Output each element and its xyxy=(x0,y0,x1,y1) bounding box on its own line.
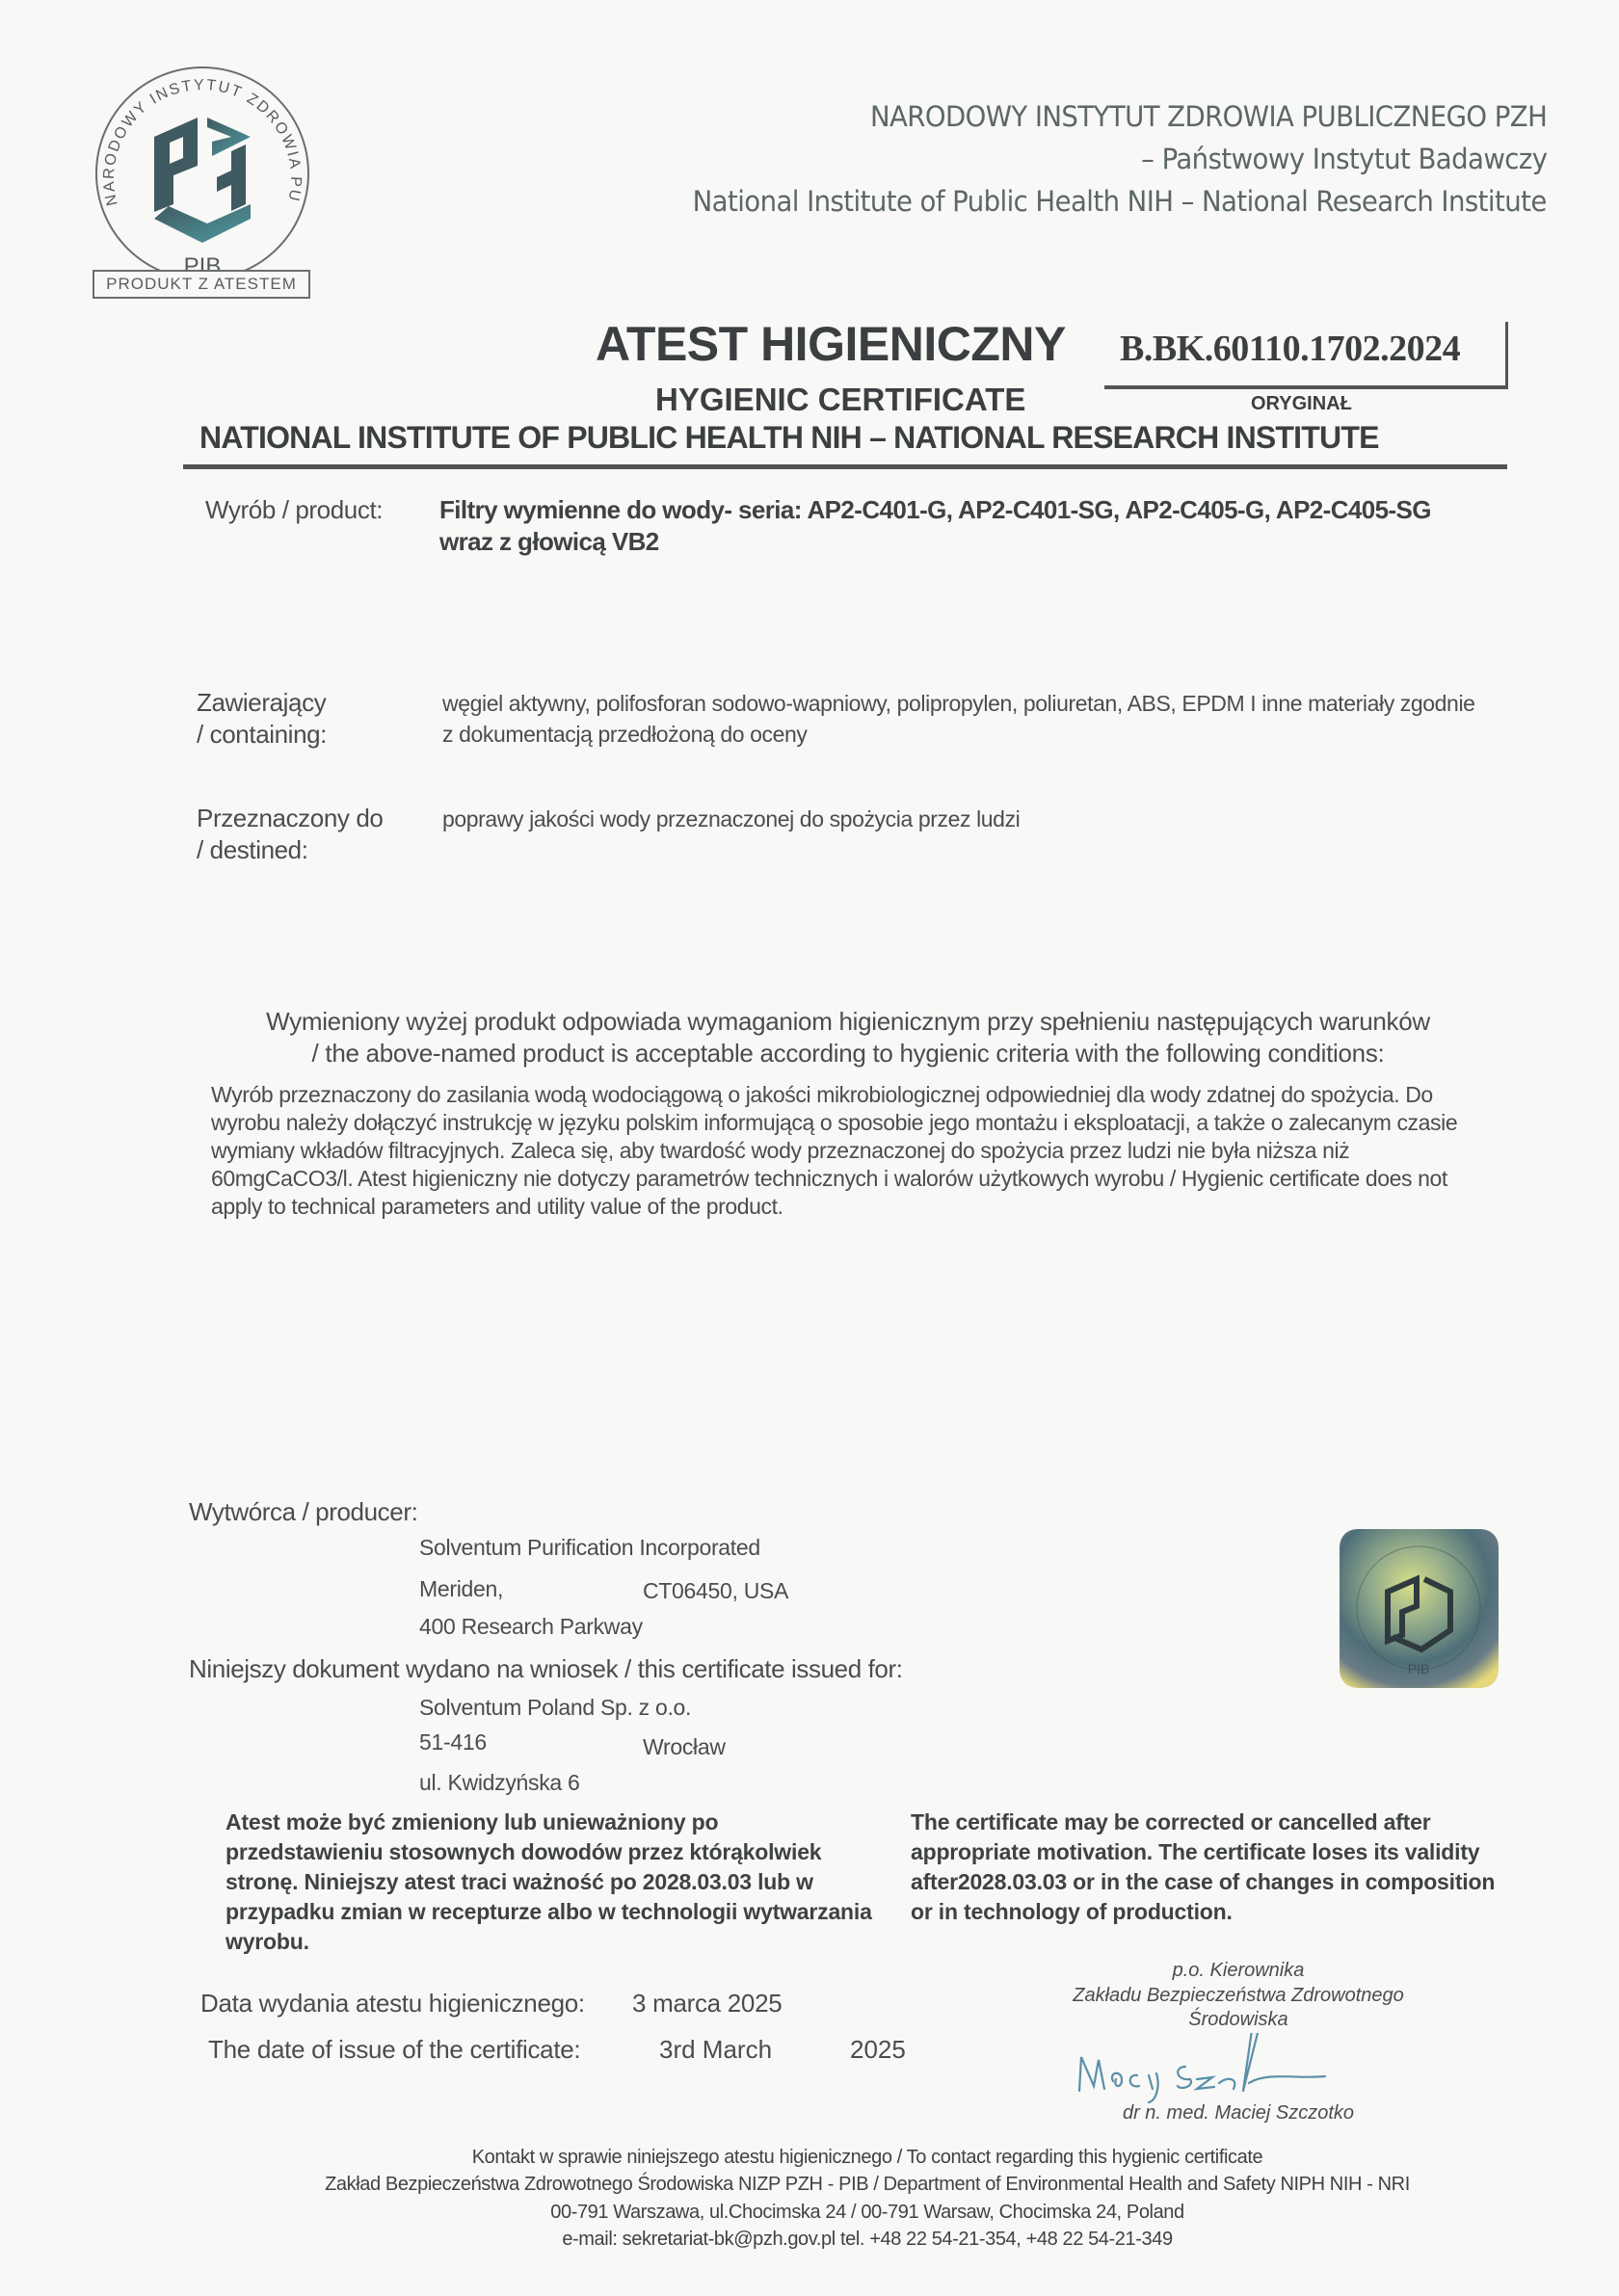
issue-date-label-en: The date of issue of the certificate: xyxy=(208,2035,580,2065)
document-title-pl: ATEST HIGIENICZNY xyxy=(596,316,1066,372)
signatory-name: dr n. med. Maciej Szczotko xyxy=(1022,2102,1455,2124)
hologram-pib-text: PIB xyxy=(1408,1661,1430,1676)
issued-for-label: Niniejszy dokument wydano na wniosek / t… xyxy=(189,1653,903,1685)
contact-email-phone[interactable]: e-mail: sekretariat-bk@pzh.gov.pl tel. +… xyxy=(193,2229,1542,2251)
contact-department: Zakład Bezpieczeństwa Zdrowotnego Środow… xyxy=(193,2174,1542,2196)
conditions-body: Wyrób przeznaczony do zasilania wodą wod… xyxy=(211,1081,1493,1221)
destined-label: Przeznaczony do / destined: xyxy=(197,803,418,866)
validity-notice-en: The certificate may be corrected or canc… xyxy=(911,1808,1508,1927)
institute-name-en: National Institute of Public Health NIH … xyxy=(693,185,1547,218)
product-value: Filtry wymienne do wody- seria: AP2-C401… xyxy=(439,494,1480,558)
hologram-seal-icon: PIB xyxy=(1340,1529,1499,1688)
handwritten-signature-icon xyxy=(1060,2033,1349,2110)
issued-for-city: Wrocław xyxy=(643,1734,726,1760)
contact-address: 00-791 Warszawa, ul.Chocimska 24 / 00-79… xyxy=(193,2202,1542,2224)
issued-for-zip: 51-416 xyxy=(419,1729,487,1755)
destined-label-en: / destined: xyxy=(197,834,418,866)
issued-for-name: Solventum Poland Sp. z o.o. xyxy=(419,1695,691,1721)
producer-zip: CT06450, USA xyxy=(643,1578,788,1604)
producer-city: Meriden, xyxy=(419,1576,503,1602)
validity-notice-pl: Atest może być zmieniony lub unieważnion… xyxy=(226,1808,881,1957)
signatory-title-1: p.o. Kierownika xyxy=(1022,1960,1455,1982)
contact-heading: Kontakt w sprawie niniejszego atestu hig… xyxy=(193,2147,1542,2169)
product-label: Wyrób / product: xyxy=(205,494,383,526)
containing-label-en: / containing: xyxy=(197,719,418,751)
number-frame-vertical xyxy=(1505,322,1508,389)
containing-label-pl: Zawierający xyxy=(197,687,418,719)
pzh-pib-logo: NARODOWY INSTYTUT ZDROWIA PUBLICZNEGO PI… xyxy=(87,60,318,299)
heading-divider xyxy=(183,464,1507,469)
conditions-intro-pl: Wymieniony wyżej produkt odpowiada wymag… xyxy=(193,1006,1503,1038)
issue-date-day-en: 3rd March xyxy=(659,2035,772,2065)
signatory-title-3: Środowiska xyxy=(1022,2009,1455,2031)
number-frame-horizontal xyxy=(1104,385,1508,389)
product-certified-badge: PRODUKT Z ATESTEM xyxy=(93,270,310,299)
signatory-title-2: Zakładu Bezpieczeństwa Zdrowotnego xyxy=(1022,1985,1455,2007)
issue-date-label-pl: Data wydania atestu higienicznego: xyxy=(200,1989,585,2019)
producer-street: 400 Research Parkway xyxy=(419,1614,643,1640)
conditions-intro: Wymieniony wyżej produkt odpowiada wymag… xyxy=(193,1006,1503,1069)
containing-value: węgiel aktywny, polifosforan sodowo-wapn… xyxy=(442,688,1483,750)
original-label: ORYGINAŁ xyxy=(1251,393,1352,415)
producer-label: Wytwórca / producer: xyxy=(189,1496,417,1528)
institute-subtitle-pl: – Państwowy Instytut Badawczy xyxy=(1141,143,1547,175)
destined-label-pl: Przeznaczony do xyxy=(197,803,418,834)
conditions-intro-en: / the above-named product is acceptable … xyxy=(193,1038,1503,1069)
institute-name-pl: NARODOWY INSTYTUT ZDROWIA PUBLICZNEGO PZ… xyxy=(870,100,1547,133)
issue-date-value-pl: 3 marca 2025 xyxy=(632,1989,782,2019)
issue-date-year-en: 2025 xyxy=(850,2035,906,2065)
issued-for-street: ul. Kwidzyńska 6 xyxy=(419,1770,580,1796)
certificate-number: B.BK.60110.1702.2024 xyxy=(1120,328,1460,370)
institute-heading: NATIONAL INSTITUTE OF PUBLIC HEALTH NIH … xyxy=(199,420,1379,456)
containing-label: Zawierający / containing: xyxy=(197,687,418,751)
document-title-en: HYGIENIC CERTIFICATE xyxy=(655,382,1025,418)
destined-value: poprawy jakości wody przeznaczonej do sp… xyxy=(442,804,1020,834)
producer-name: Solventum Purification Incorporated xyxy=(419,1535,760,1561)
